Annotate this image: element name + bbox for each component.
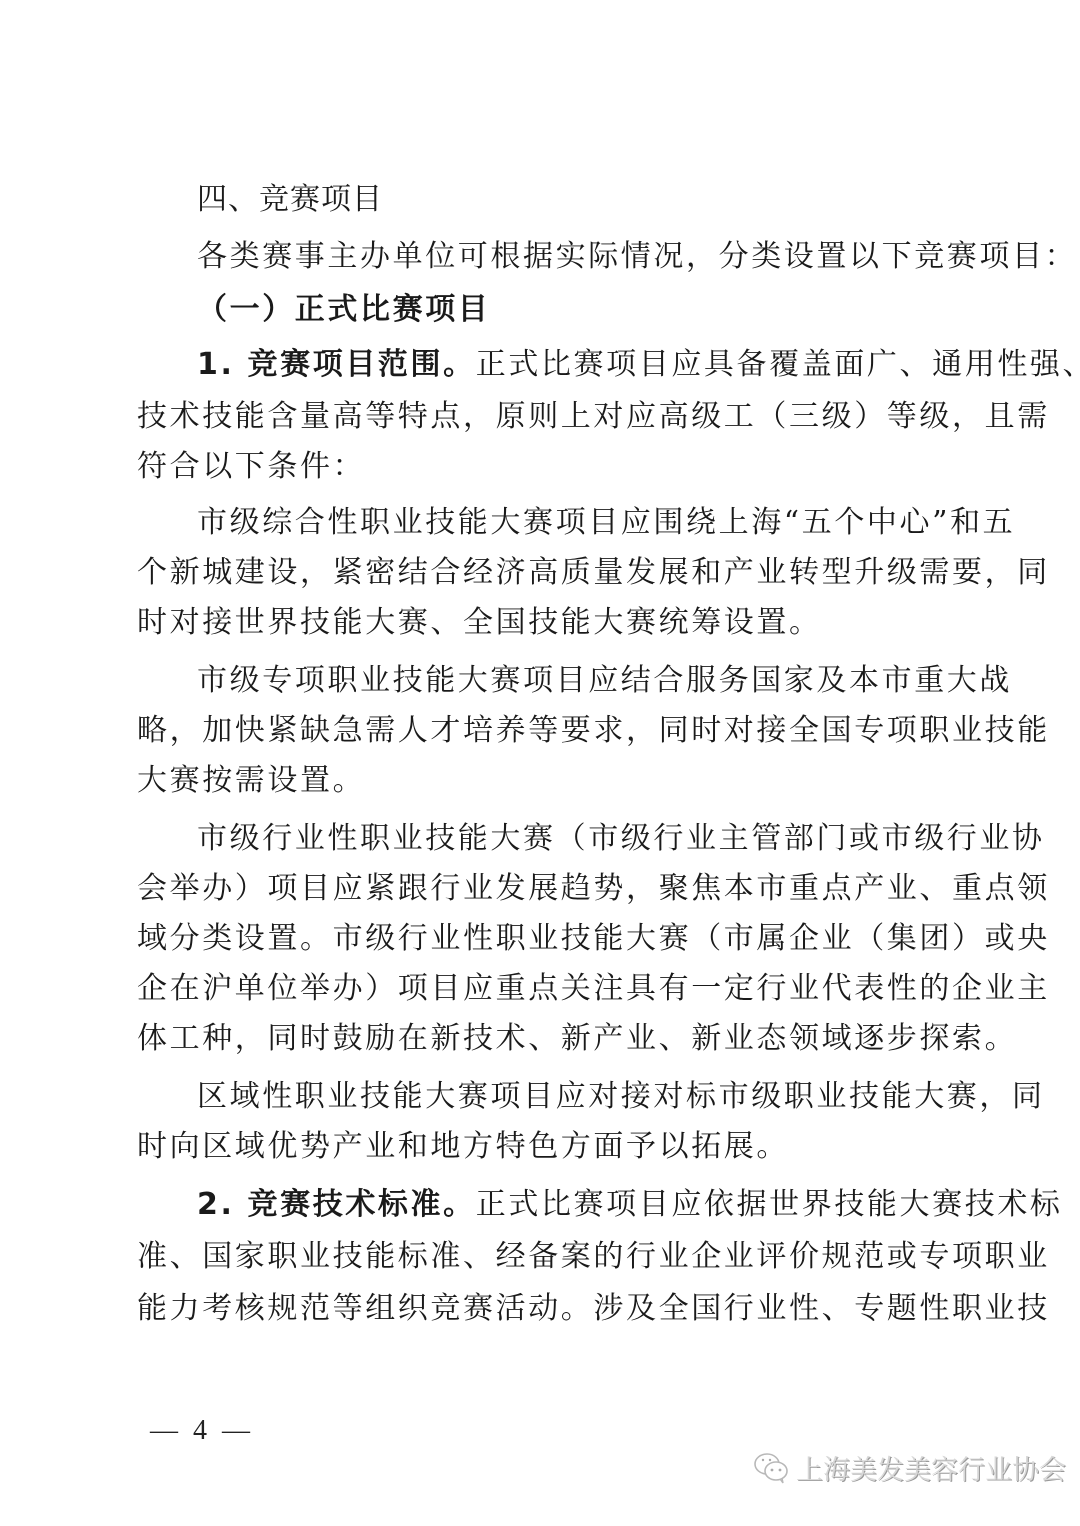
paragraph-3-line-2: 会举办）项目应紧跟行业发展趋势，聚焦本市重点产业、重点领 bbox=[137, 869, 947, 909]
paragraph-1-line-2: 个新城建设，紧密结合经济高质量发展和产业转型升级需要，同 bbox=[137, 553, 947, 593]
item2-line-1: 2. 竞赛技术标准。正式比赛项目应依据世界技能大赛技术标 bbox=[197, 1185, 947, 1225]
item1-label: 1. 竞赛项目范围。 bbox=[197, 347, 476, 382]
item2-label: 2. 竞赛技术标准。 bbox=[197, 1187, 476, 1222]
section-heading: 四、竞赛项目 bbox=[197, 180, 947, 220]
paragraph-1-line-1: 市级综合性职业技能大赛项目应围绕上海“五个中心”和五 bbox=[197, 503, 947, 543]
paragraph-3-line-4: 企在沪单位举办）项目应重点关注具有一定行业代表性的企业主 bbox=[137, 969, 947, 1009]
item2-line-3: 能力考核规范等组织竞赛活动。涉及全国行业性、专题性职业技 bbox=[137, 1289, 947, 1329]
item2-line-2: 准、国家职业技能标准、经备案的行业企业评价规范或专项职业 bbox=[137, 1237, 947, 1277]
item1-line-1: 1. 竞赛项目范围。正式比赛项目应具备覆盖面广、通用性强、 bbox=[197, 345, 947, 385]
page-number: — 4 — bbox=[150, 1415, 254, 1447]
item1-line-2: 技术技能含量高等特点，原则上对应高级工（三级）等级，且需 bbox=[137, 397, 947, 437]
paragraph-3-line-3: 域分类设置。市级行业性职业技能大赛（市属企业（集团）或央 bbox=[137, 919, 947, 959]
wechat-icon bbox=[752, 1451, 790, 1485]
paragraph-4-line-1: 区域性职业技能大赛项目应对接对标市级职业技能大赛，同 bbox=[197, 1077, 947, 1117]
paragraph-2-line-2: 略，加快紧缺急需人才培养等要求，同时对接全国专项职业技能 bbox=[137, 711, 947, 751]
paragraph-3-line-5: 体工种，同时鼓励在新技术、新产业、新业态领域逐步探索。 bbox=[137, 1019, 947, 1059]
paragraph-1-line-3: 时对接世界技能大赛、全国技能大赛统筹设置。 bbox=[137, 603, 947, 643]
paragraph-2-line-1: 市级专项职业技能大赛项目应结合服务国家及本市重大战 bbox=[197, 661, 947, 701]
paragraph-3-line-1: 市级行业性职业技能大赛（市级行业主管部门或市级行业协 bbox=[197, 819, 947, 859]
paragraph-4-line-2: 时向区域优势产业和地方特色方面予以拓展。 bbox=[137, 1127, 947, 1167]
subsection-heading: （一）正式比赛项目 bbox=[197, 290, 947, 330]
item1-line-3: 符合以下条件： bbox=[137, 447, 947, 487]
intro-paragraph: 各类赛事主办单位可根据实际情况，分类设置以下竞赛项目： bbox=[197, 237, 947, 277]
watermark: 上海美发美容行业协会 bbox=[752, 1448, 1066, 1487]
document-page: 四、竞赛项目 各类赛事主办单位可根据实际情况，分类设置以下竞赛项目： （一）正式… bbox=[0, 0, 1080, 1526]
paragraph-2-line-3: 大赛按需设置。 bbox=[137, 761, 947, 801]
watermark-text: 上海美发美容行业协会 bbox=[796, 1448, 1066, 1487]
